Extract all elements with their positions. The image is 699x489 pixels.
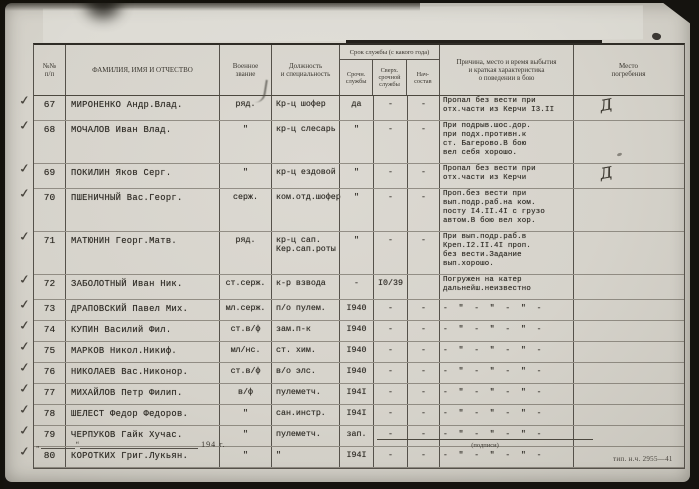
row-nach-cell — [407, 275, 439, 299]
table-row: ✓ 76 НИКОЛАЕВ Вас.Никонор. ст.в/ф в/о эл… — [34, 363, 684, 384]
row-rank-cell: " — [219, 447, 271, 467]
paper-fold-highlight — [43, 5, 643, 42]
row-number: 72 — [44, 278, 55, 289]
checkmark-annotation: ✓ — [17, 318, 31, 333]
row-reason-cell: При подрыв.шос.дор. при подх.противн.к с… — [439, 121, 573, 163]
header-rank: Военное звание — [219, 45, 271, 95]
row-burial-cell — [573, 405, 683, 425]
row-number-cell: ✓ 74 — [34, 321, 65, 341]
row-srochn-cell: I94I — [339, 384, 373, 404]
paper-sheet: №№ п/п ФАМИЛИЯ, ИМЯ И ОТЧЕСТВО Военное з… — [5, 3, 690, 482]
ink-blot — [651, 32, 662, 41]
header-service-group: Срок службы (с какого года) — [340, 45, 439, 60]
signature-line — [377, 439, 593, 441]
row-sverh-cell: - — [373, 121, 407, 163]
row-name-cell: ЗАБОЛОТНЫЙ Иван Ник. — [65, 275, 219, 299]
row-number-cell: ✓ 72 — [34, 275, 65, 299]
row-position-cell: кр-ц ездовой — [271, 164, 339, 188]
row-sverh-cell: - — [373, 384, 407, 404]
scanned-document-page: №№ п/п ФАМИЛИЯ, ИМЯ И ОТЧЕСТВО Военное з… — [0, 0, 699, 489]
row-rank-cell: " — [219, 164, 271, 188]
table-header: №№ п/п ФАМИЛИЯ, ИМЯ И ОТЧЕСТВО Военное з… — [34, 45, 684, 96]
casualty-list-table: №№ п/п ФАМИЛИЯ, ИМЯ И ОТЧЕСТВО Военное з… — [33, 43, 685, 469]
row-reason-cell: - " - " - " - — [439, 405, 573, 425]
table-row: ✓ 71 МАТЮНИН Георг.Матв. ряд. кр-ц сап. … — [34, 232, 684, 275]
table-row: ✓ 67 МИРОНЕНКО Андр.Влад. ряд. Кр-ц шофе… — [34, 96, 684, 121]
date-blank-day — [41, 440, 75, 449]
row-reason-cell: При вып.подр.раб.в Креп.I2.II.4I проп. б… — [439, 232, 573, 274]
row-name-cell: МАРКОВ Никол.Никиф. — [65, 342, 219, 362]
row-srochn-cell: " — [339, 189, 373, 231]
row-sverh-cell: - — [373, 232, 407, 274]
header-service-sverh: Сверх. срочной службы — [372, 60, 405, 95]
row-position-cell: ком.отд.шофер — [271, 189, 339, 231]
row-srochn-cell: I940 — [339, 321, 373, 341]
row-srochn-cell: I94I — [339, 447, 373, 467]
row-burial-cell: Д — [573, 96, 683, 120]
row-position-cell: Кр-ц шофер — [271, 96, 339, 120]
row-number: 79 — [44, 429, 55, 440]
row-sverh-cell: - — [373, 189, 407, 231]
header-num: №№ п/п — [34, 45, 65, 95]
signature-block: (подписи) — [377, 439, 593, 449]
row-reason-cell: Пропал без вести при отх.части из Керчи … — [439, 96, 573, 120]
open-quote: „ — [36, 440, 40, 449]
checkmark-annotation: ✓ — [17, 118, 31, 133]
header-service-srochn: Срочн. службы — [340, 60, 372, 95]
row-number: 74 — [44, 324, 55, 335]
row-number-cell: ✓ 78 — [34, 405, 65, 425]
row-nach-cell: - — [407, 121, 439, 163]
checkmark-annotation: ✓ — [17, 229, 31, 244]
row-number: 67 — [44, 99, 55, 110]
row-rank-cell: ряд. — [219, 96, 271, 120]
table-row: ✓ 78 ШЕЛЕСТ Федор Федоров. " сан.инстр. … — [34, 405, 684, 426]
heavy-rule-fragment — [346, 40, 602, 43]
checkmark-annotation: ✓ — [17, 161, 31, 176]
checkmark-annotation: ✓ — [17, 402, 31, 417]
row-burial-cell — [573, 363, 683, 383]
row-position-cell: зам.п-к — [271, 321, 339, 341]
row-number: 73 — [44, 303, 55, 314]
header-position: Должность и специальность — [271, 45, 339, 95]
row-number-cell: ✓ 73 — [34, 300, 65, 320]
row-position-cell: ст. хим. — [271, 342, 339, 362]
row-name-cell: МОЧАЛОВ Иван Влад. — [65, 121, 219, 163]
row-rank-cell: " — [219, 405, 271, 425]
row-rank-cell: ряд. — [219, 232, 271, 274]
row-name-cell: КУПИН Василий Фил. — [65, 321, 219, 341]
table-row: ✓ 70 ПШЕНИЧНЫЙ Вас.Георг. серж. ком.отд.… — [34, 189, 684, 232]
row-number: 68 — [44, 124, 55, 135]
row-name-cell: КОРОТКИХ Григ.Лукьян. — [65, 447, 219, 467]
row-reason-cell: Погружен на катер дальнейш.неизвестно — [439, 275, 573, 299]
header-reason: Причина, место и время выбытия и краткая… — [439, 45, 573, 95]
row-rank-cell: " — [219, 121, 271, 163]
row-name-cell: МИРОНЕНКО Андр.Влад. — [65, 96, 219, 120]
row-srochn-cell: " — [339, 164, 373, 188]
footer-date-line: „ “ 194 г. — [35, 440, 226, 449]
row-name-cell: ПШЕНИЧНЫЙ Вас.Георг. — [65, 189, 219, 231]
row-nach-cell: - — [407, 321, 439, 341]
row-reason-cell: - " - " - " - — [439, 321, 573, 341]
row-name-cell: МИХАЙЛОВ Петр Филип. — [65, 384, 219, 404]
row-number-cell: ✓ 76 — [34, 363, 65, 383]
row-nach-cell: - — [407, 189, 439, 231]
row-srochn-cell: I940 — [339, 363, 373, 383]
close-quote: “ — [76, 440, 80, 449]
row-srochn-cell: " — [339, 121, 373, 163]
row-nach-cell: - — [407, 342, 439, 362]
row-nach-cell: - — [407, 96, 439, 120]
row-nach-cell: - — [407, 232, 439, 274]
row-position-cell: кр-ц слесарь — [271, 121, 339, 163]
row-nach-cell: - — [407, 447, 439, 467]
row-nach-cell: - — [407, 164, 439, 188]
table-body: ✓ 67 МИРОНЕНКО Андр.Влад. ряд. Кр-ц шофе… — [34, 96, 684, 468]
row-burial-cell: Д — [573, 164, 683, 188]
row-burial-cell — [573, 300, 683, 320]
checkmark-annotation: ✓ — [17, 297, 31, 312]
row-number: 78 — [44, 408, 55, 419]
row-number-cell: ✓ 70 — [34, 189, 65, 231]
row-sverh-cell: - — [373, 321, 407, 341]
header-name: ФАМИЛИЯ, ИМЯ И ОТЧЕСТВО — [65, 45, 219, 95]
row-sverh-cell: - — [373, 300, 407, 320]
row-sverh-cell: - — [373, 363, 407, 383]
row-srochn-cell: да — [339, 96, 373, 120]
row-number: 80 — [44, 450, 55, 461]
row-position-cell: кр-ц сап. Кер.сап.роты — [271, 232, 339, 274]
row-number-cell: ✓ 77 — [34, 384, 65, 404]
row-nach-cell: - — [407, 363, 439, 383]
row-reason-cell: - " - " - " - — [439, 342, 573, 362]
row-reason-cell: Пропал без вести при отх.части из Керчи — [439, 164, 573, 188]
row-srochn-cell: I940 — [339, 300, 373, 320]
row-sverh-cell: - — [373, 447, 407, 467]
row-rank-cell: в/ф — [219, 384, 271, 404]
row-srochn-cell: I940 — [339, 342, 373, 362]
checkmark-annotation: ✓ — [17, 93, 31, 108]
row-srochn-cell: зап. — [339, 426, 373, 446]
row-position-cell: " — [271, 447, 339, 467]
year-suffix: 194 г. — [201, 440, 225, 449]
table-row: ✓ 77 МИХАЙЛОВ Петр Филип. в/ф пулеметч. … — [34, 384, 684, 405]
row-position-cell: пулеметч. — [271, 426, 339, 446]
row-number: 69 — [44, 167, 55, 178]
table-row: ✓ 68 МОЧАЛОВ Иван Влад. " кр-ц слесарь "… — [34, 121, 684, 164]
row-burial-cell — [573, 321, 683, 341]
table-row: ✓ 75 МАРКОВ Никол.Никиф. мл/нс. ст. хим.… — [34, 342, 684, 363]
checkmark-annotation: ✓ — [17, 444, 31, 459]
row-rank-cell: ст.серж. — [219, 275, 271, 299]
checkmark-annotation: ✓ — [17, 339, 31, 354]
row-sverh-cell: - — [373, 405, 407, 425]
table-row: ✓ 80 КОРОТКИХ Григ.Лукьян. " " I94I - - … — [34, 447, 684, 468]
scan-edge-shadow-top — [0, 0, 420, 11]
row-rank-cell: " — [219, 426, 271, 446]
row-srochn-cell: " — [339, 232, 373, 274]
row-rank-cell: мл.серж. — [219, 300, 271, 320]
date-blank-month — [80, 440, 198, 449]
row-reason-cell: - " - " - " - — [439, 384, 573, 404]
row-burial-cell — [573, 121, 683, 163]
header-burial: Место погребения — [573, 45, 683, 95]
checkmark-annotation: ✓ — [17, 381, 31, 396]
row-nach-cell: - — [407, 300, 439, 320]
row-nach-cell: - — [407, 405, 439, 425]
row-reason-cell: Проп.без вести при вып.подр.раб.на ком. … — [439, 189, 573, 231]
handwritten-burial-mark: Д — [599, 95, 614, 115]
row-position-cell: к-р взвода — [271, 275, 339, 299]
handwritten-burial-mark: Д — [599, 163, 614, 183]
row-number: 77 — [44, 387, 55, 398]
checkmark-annotation: ✓ — [17, 423, 31, 438]
row-number-cell: ✓ 68 — [34, 121, 65, 163]
checkmark-annotation: ✓ — [17, 360, 31, 375]
scan-edge-shadow-left — [0, 0, 6, 489]
row-burial-cell — [573, 232, 683, 274]
row-number: 70 — [44, 192, 55, 203]
row-sverh-cell: I0/39 — [373, 275, 407, 299]
row-nach-cell: - — [407, 384, 439, 404]
row-position-cell: сан.инстр. — [271, 405, 339, 425]
checkmark-annotation: ✓ — [17, 272, 31, 287]
row-name-cell: НИКОЛАЕВ Вас.Никонор. — [65, 363, 219, 383]
row-reason-cell: - " - " - " - — [439, 363, 573, 383]
row-name-cell: ПОКИЛИН Яков Серг. — [65, 164, 219, 188]
row-number-cell: ✓ 75 — [34, 342, 65, 362]
row-burial-cell — [573, 342, 683, 362]
row-name-cell: МАТЮНИН Георг.Матв. — [65, 232, 219, 274]
row-name-cell: ШЕЛЕСТ Федор Федоров. — [65, 405, 219, 425]
row-name-cell: ДРАПОВСКИЙ Павел Мих. — [65, 300, 219, 320]
row-rank-cell: серж. — [219, 189, 271, 231]
table-row: ✓ 74 КУПИН Василий Фил. ст.в/ф зам.п-к I… — [34, 321, 684, 342]
row-burial-cell — [573, 275, 683, 299]
row-number: 76 — [44, 366, 55, 377]
row-number-cell: ✓ 71 — [34, 232, 65, 274]
row-srochn-cell: - — [339, 275, 373, 299]
row-reason-cell: - " - " - " - — [439, 447, 573, 467]
row-position-cell: в/о элс. — [271, 363, 339, 383]
checkmark-annotation: ✓ — [17, 186, 31, 201]
table-row: ✓ 69 ПОКИЛИН Яков Серг. " кр-ц ездовой "… — [34, 164, 684, 189]
row-srochn-cell: I94I — [339, 405, 373, 425]
row-number-cell: ✓ 80 — [34, 447, 65, 467]
row-number-cell: ✓ 69 — [34, 164, 65, 188]
row-burial-cell — [573, 189, 683, 231]
print-shop-code: тип. н.ч. 2955—41 — [613, 455, 673, 463]
row-sverh-cell: - — [373, 164, 407, 188]
signature-caption: (подписи) — [377, 442, 593, 449]
row-rank-cell: ст.в/ф — [219, 363, 271, 383]
row-sverh-cell: - — [373, 96, 407, 120]
row-rank-cell: ст.в/ф — [219, 321, 271, 341]
row-burial-cell — [573, 384, 683, 404]
row-sverh-cell: - — [373, 342, 407, 362]
table-row: ✓ 72 ЗАБОЛОТНЫЙ Иван Ник. ст.серж. к-р в… — [34, 275, 684, 300]
row-number-cell: ✓ 67 — [34, 96, 65, 120]
table-row: ✓ 73 ДРАПОВСКИЙ Павел Мих. мл.серж. п/о … — [34, 300, 684, 321]
row-number: 75 — [44, 345, 55, 356]
header-service-group-wrap: Срок службы (с какого года) Срочн. служб… — [339, 45, 439, 95]
row-reason-cell: - " - " - " - — [439, 300, 573, 320]
row-position-cell: пулеметч. — [271, 384, 339, 404]
row-position-cell: п/о пулем. — [271, 300, 339, 320]
row-rank-cell: мл/нс. — [219, 342, 271, 362]
row-number: 71 — [44, 235, 55, 246]
header-service-nach: Нач- состав — [406, 60, 439, 95]
